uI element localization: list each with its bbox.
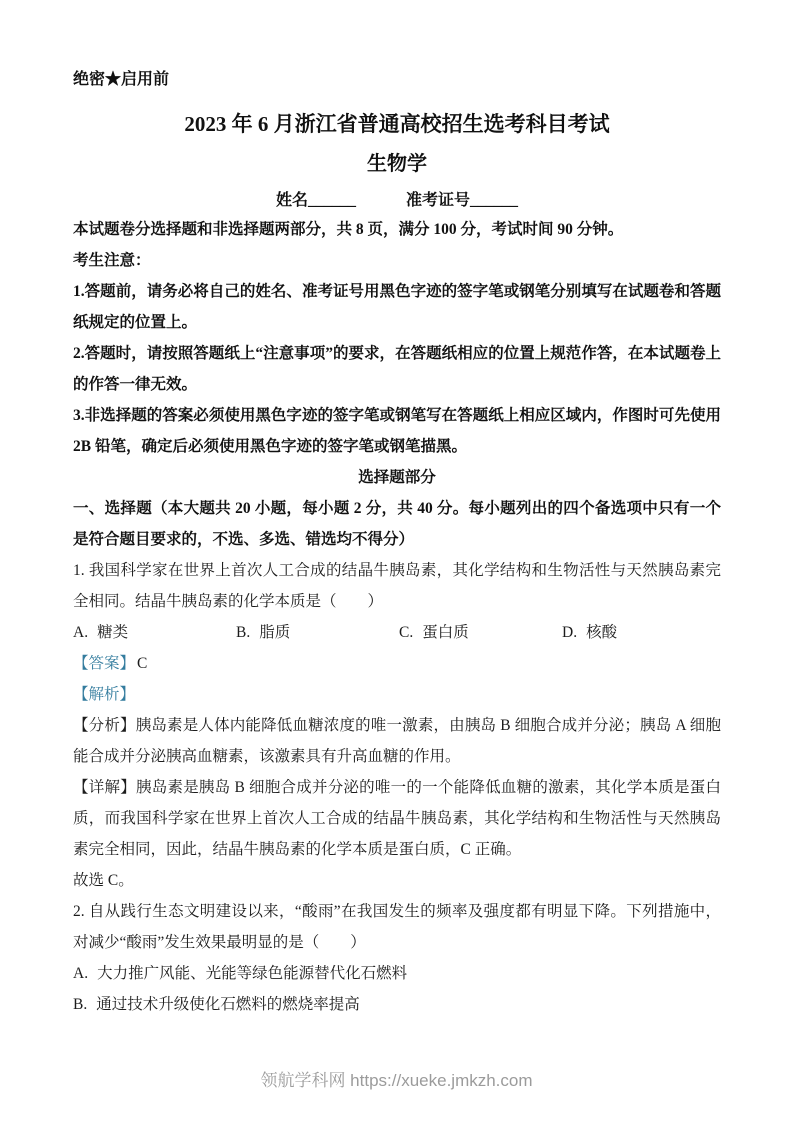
question-2-number: 2. [73, 903, 85, 920]
question-2-option-a: A.大力推广风能、光能等绿色能源替代化石燃料 [73, 958, 721, 989]
question-1-option-b: B.脂质 [236, 617, 399, 648]
answer-value: C [137, 655, 147, 672]
analysis-text: 胰岛素是人体内能降低血糖浓度的唯一激素，由胰岛 B 细胞合成并分泌；胰岛 A 细… [73, 717, 721, 765]
question-2-option-b: B.通过技术升级使化石燃料的燃烧率提高 [73, 989, 721, 1020]
exam-body: 本试题卷分选择题和非选择题两部分，共 8 页，满分 100 分，考试时间 90 … [73, 214, 721, 1020]
subject-title: 生物学 [73, 149, 721, 179]
name-field: 姓名______ [276, 192, 356, 209]
candidate-info-line: 姓名______准考证号______ [73, 187, 721, 214]
question-1-number: 1. [73, 562, 85, 579]
section-part-title: 选择题部分 [73, 462, 721, 493]
question-1-conclusion: 故选 C。 [73, 865, 721, 896]
option-a-label: A. [73, 965, 88, 982]
option-a-text: 糖类 [97, 624, 128, 641]
exam-title: 2023 年 6 月浙江省普通高校招生选考科目考试 [73, 109, 721, 139]
answer-label: 【答案】 [73, 655, 135, 672]
name-label: 姓名 [276, 192, 308, 209]
notice-item-1: 1.答题前，请务必将自己的姓名、准考证号用黑色字迹的签字笔或钢笔分别填写在试题卷… [73, 276, 721, 338]
analysis-label: 【分析】 [73, 717, 136, 734]
question-1-explanation-label-line: 【解析】 [73, 679, 721, 710]
footer-watermark: 领航学科网 https://xueke.jmkzh.com [0, 1066, 793, 1091]
question-1-option-a: A.糖类 [73, 617, 236, 648]
explanation-label: 【解析】 [73, 686, 135, 703]
option-d-label: D. [562, 624, 577, 641]
option-b-text: 脂质 [259, 624, 290, 641]
option-a-text: 大力推广风能、光能等绿色能源替代化石燃料 [97, 965, 407, 982]
admission-ticket-label: 准考证号 [406, 192, 470, 209]
notice-title: 考生注意： [73, 245, 721, 276]
question-1-stem: 1. 我国科学家在世界上首次人工合成的结晶牛胰岛素，其化学结构和生物活性与天然胰… [73, 555, 721, 617]
question-1-option-d: D.核酸 [562, 617, 617, 648]
admission-ticket-field: 准考证号______ [406, 192, 518, 209]
question-2-stem-text: 自从践行生态文明建设以来，“酸雨”在我国发生的频率及强度都有明显下降。下列措施中… [73, 903, 721, 951]
option-b-label: B. [236, 624, 250, 641]
question-1-analysis: 【分析】胰岛素是人体内能降低血糖浓度的唯一激素，由胰岛 B 细胞合成并分泌；胰岛… [73, 710, 721, 772]
notice-item-3: 3.非选择题的答案必须使用黑色字迹的签字笔或钢笔写在答题纸上相应区域内，作图时可… [73, 400, 721, 462]
name-blank: ______ [308, 192, 356, 209]
option-b-text: 通过技术升级使化石燃料的燃烧率提高 [96, 996, 360, 1013]
notice-item-2: 2.答题时，请按照答题纸上“注意事项”的要求，在答题纸相应的位置上规范作答，在本… [73, 338, 721, 400]
question-2-stem: 2. 自从践行生态文明建设以来，“酸雨”在我国发生的频率及强度都有明显下降。下列… [73, 896, 721, 958]
exam-content: 绝密★启用前 2023 年 6 月浙江省普通高校招生选考科目考试 生物学 姓名_… [73, 0, 721, 1020]
option-c-label: C. [399, 624, 413, 641]
admission-ticket-blank: ______ [470, 192, 518, 209]
question-1-stem-text: 我国科学家在世界上首次人工合成的结晶牛胰岛素，其化学结构和生物活性与天然胰岛素完… [73, 562, 721, 610]
option-d-text: 核酸 [586, 624, 617, 641]
exam-summary: 本试题卷分选择题和非选择题两部分，共 8 页，满分 100 分，考试时间 90 … [73, 214, 721, 245]
classification-label: 绝密★启用前 [73, 68, 721, 92]
exam-paper-page: 绝密★启用前 2023 年 6 月浙江省普通高校招生选考科目考试 生物学 姓名_… [0, 0, 793, 1122]
option-c-text: 蛋白质 [422, 624, 469, 641]
option-b-label: B. [73, 996, 87, 1013]
option-a-label: A. [73, 624, 88, 641]
detail-text: 胰岛素是胰岛 B 细胞合成并分泌的唯一的一个能降低血糖的激素，其化学本质是蛋白质… [73, 779, 721, 858]
question-1-options: A.糖类 B.脂质 C.蛋白质 D.核酸 [73, 617, 721, 648]
section-rubric: 一、选择题（本大题共 20 小题，每小题 2 分，共 40 分。每小题列出的四个… [73, 493, 721, 555]
question-1-detail: 【详解】胰岛素是胰岛 B 细胞合成并分泌的唯一的一个能降低血糖的激素，其化学本质… [73, 772, 721, 865]
detail-label: 【详解】 [73, 779, 136, 796]
question-1-answer-line: 【答案】C [73, 648, 721, 679]
question-1-option-c: C.蛋白质 [399, 617, 562, 648]
